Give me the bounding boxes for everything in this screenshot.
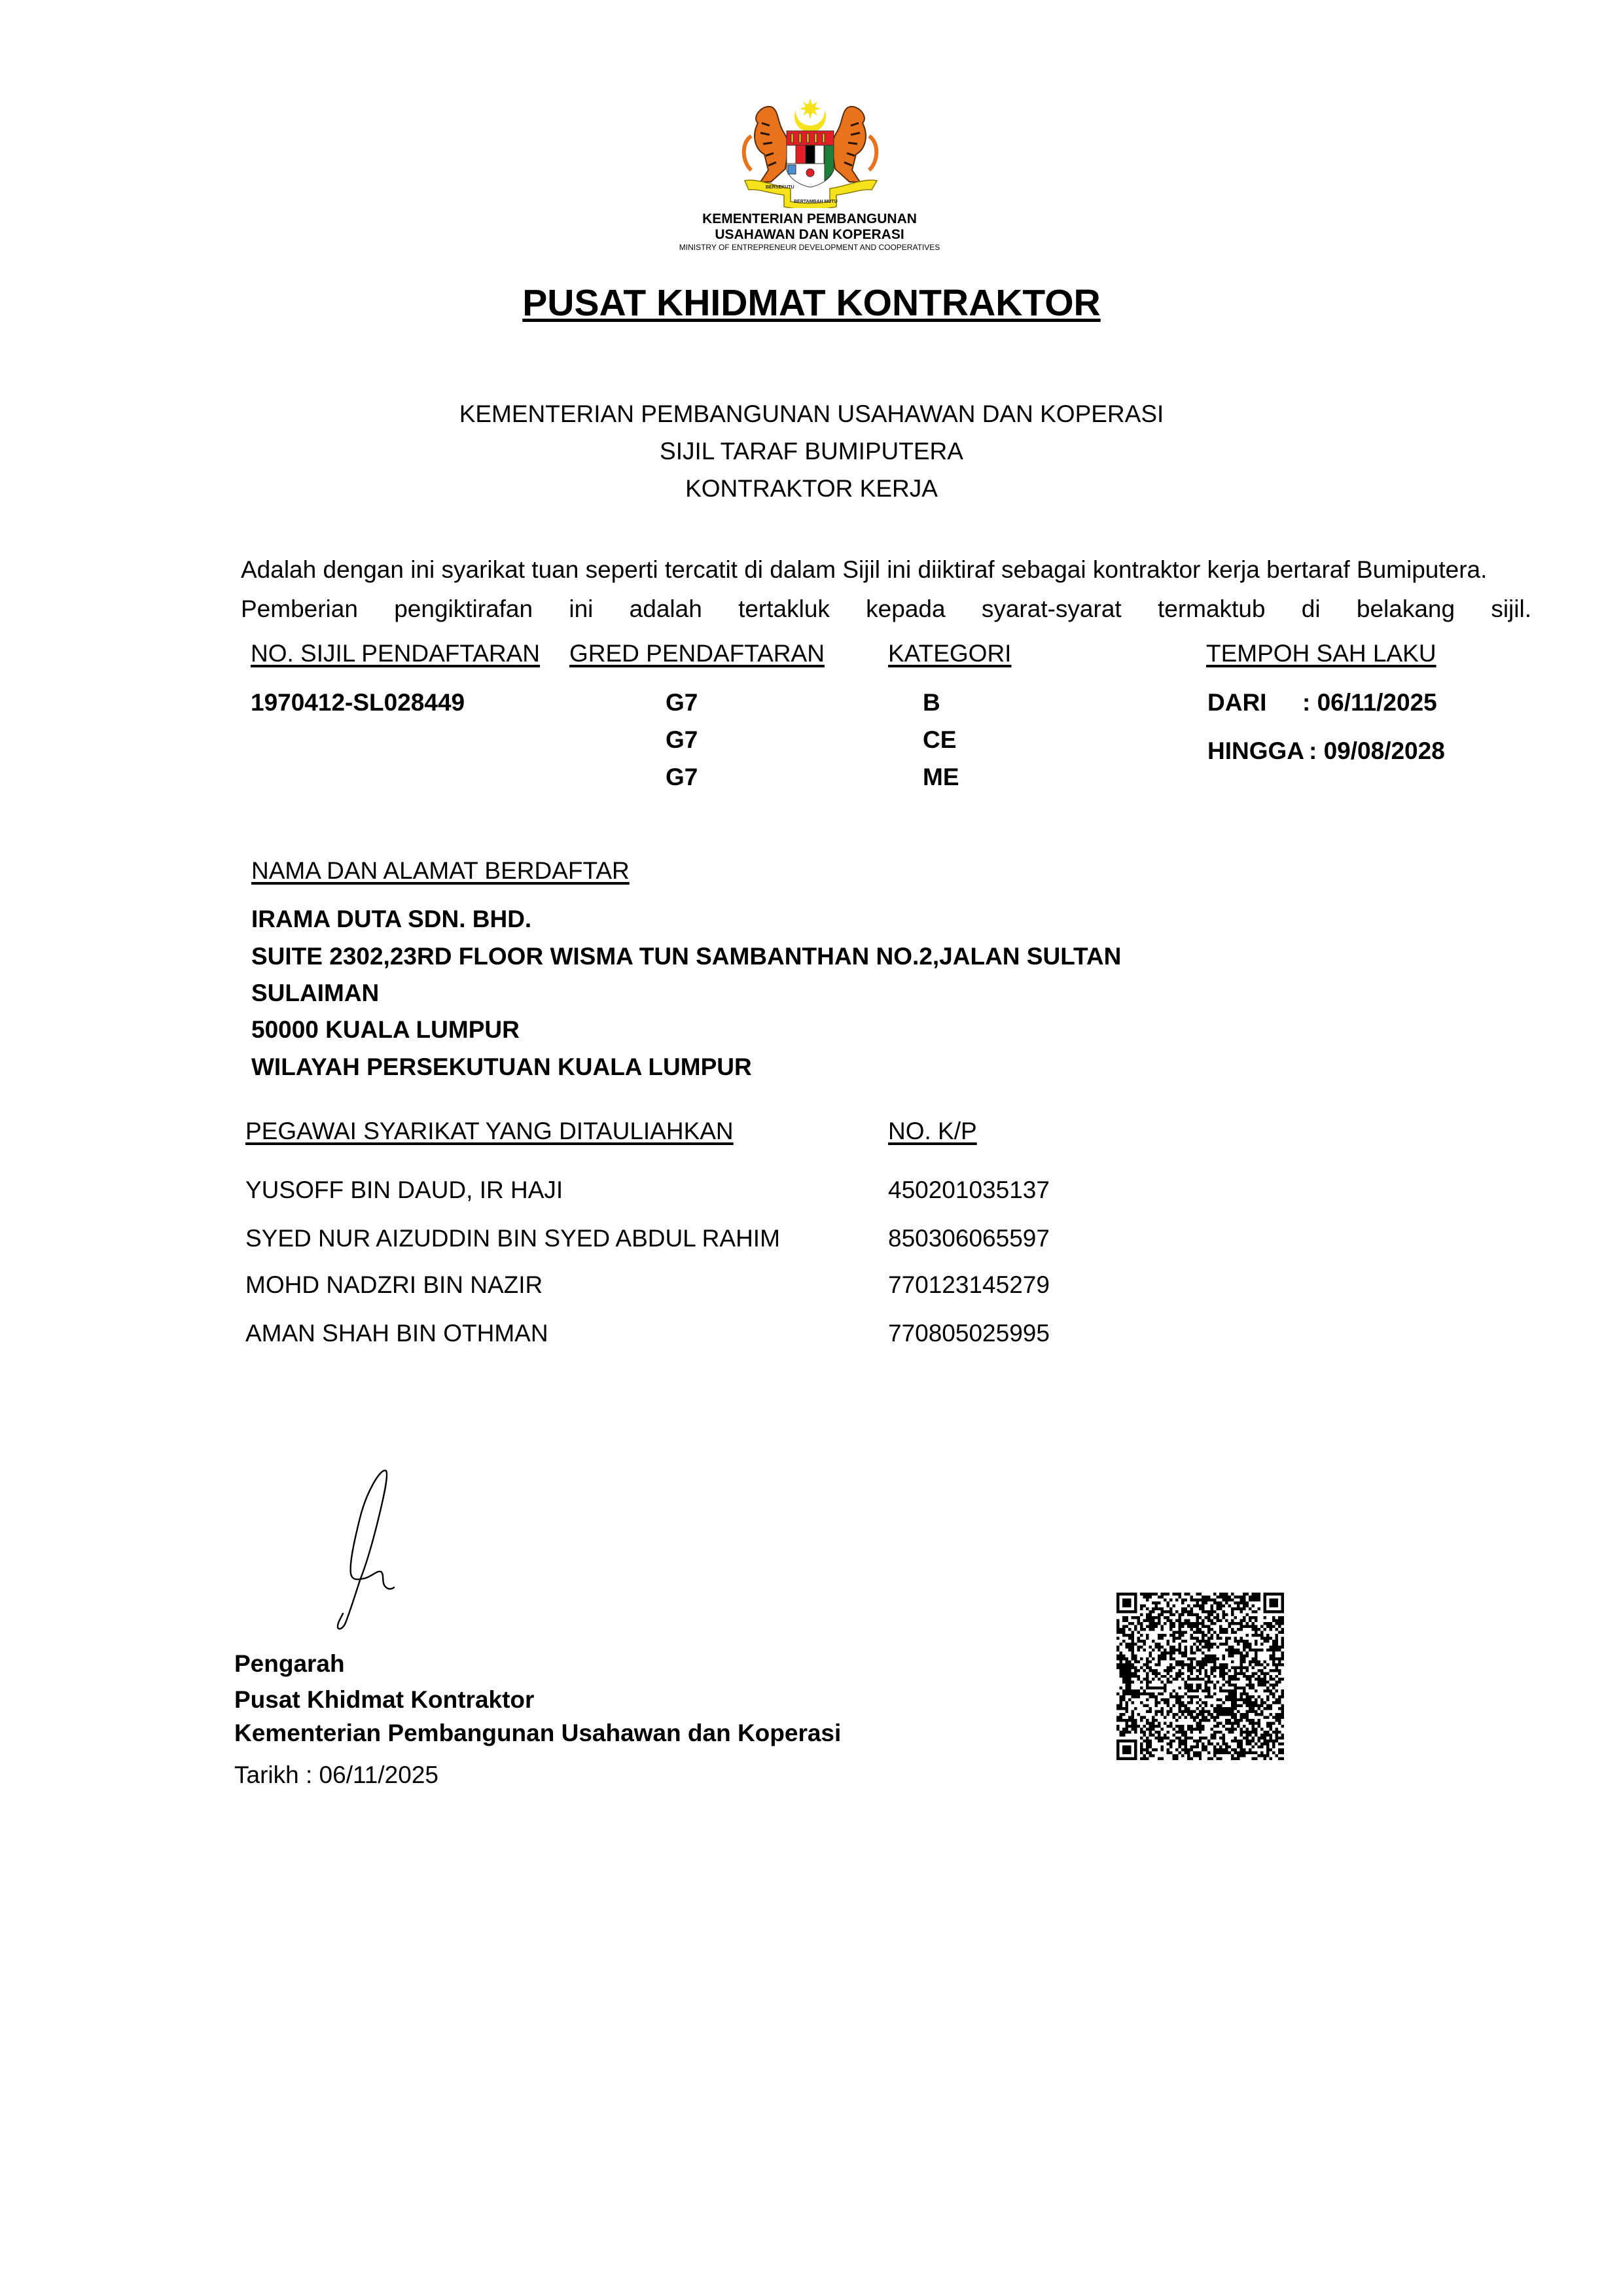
officer-name: AMAN SHAH BIN OTHMAN <box>245 1321 548 1345</box>
header-ic-number: NO. K/P <box>888 1119 977 1143</box>
issue-date: Tarikh : 06/11/2025 <box>234 1763 438 1787</box>
grade-1: G7 <box>666 690 698 715</box>
header-officers: PEGAWAI SYARIKAT YANG DITAULIAHKAN <box>245 1119 734 1143</box>
header-grade: GRED PENDAFTARAN <box>569 641 825 665</box>
address-line-1: SUITE 2302,23RD FLOOR WISMA TUN SAMBANTH… <box>251 944 1121 968</box>
signatory-department: Pusat Khidmat Kontraktor <box>234 1687 534 1712</box>
subtitle-certificate: SIJIL TARAF BUMIPUTERA <box>0 439 1623 463</box>
svg-text:BERSEKUTU: BERSEKUTU <box>766 185 794 190</box>
header-address: NAMA DAN ALAMAT BERDAFTAR <box>251 858 630 883</box>
header-cert-no: NO. SIJIL PENDAFTARAN <box>251 641 540 665</box>
officer-ic: 850306065597 <box>888 1226 1050 1250</box>
header-validity: TEMPOH SAH LAKU <box>1206 641 1436 665</box>
officer-ic: 770123145279 <box>888 1273 1050 1297</box>
statement-line-1: Adalah dengan ini syarikat tuan seperti … <box>241 557 1487 582</box>
officer-ic: 450201035137 <box>888 1178 1050 1202</box>
category-2: CE <box>923 728 956 752</box>
ministry-logo-english: MINISTRY OF ENTREPRENEUR DEVELOPMENT AND… <box>679 243 940 251</box>
grade-2: G7 <box>666 728 698 752</box>
svg-text:BERTAMBAH MUTU: BERTAMBAH MUTU <box>794 200 838 204</box>
officer-name: SYED NUR AIZUDDIN BIN SYED ABDUL RAHIM <box>245 1226 780 1250</box>
address-state: WILAYAH PERSEKUTUAN KUALA LUMPUR <box>251 1055 752 1079</box>
signatory-position: Pengarah <box>234 1651 345 1676</box>
cert-number: 1970412-SL028449 <box>251 690 465 715</box>
qr-code-icon[interactable] <box>1116 1593 1284 1760</box>
officer-name: YUSOFF BIN DAUD, IR HAJI <box>245 1178 563 1202</box>
malaysia-coat-of-arms-icon: BERSEKUTU BERTAMBAH MUTU <box>732 97 889 208</box>
validity-to-label: HINGGA <box>1207 739 1304 763</box>
signature-icon <box>321 1466 406 1636</box>
officer-name: MOHD NADZRI BIN NAZIR <box>245 1273 543 1297</box>
subtitle-ministry: KEMENTERIAN PEMBANGUNAN USAHAWAN DAN KOP… <box>0 402 1623 426</box>
company-name: IRAMA DUTA SDN. BHD. <box>251 907 531 931</box>
subtitle-contractor-type: KONTRAKTOR KERJA <box>0 476 1623 501</box>
page-title: PUSAT KHIDMAT KONTRAKTOR <box>0 285 1623 322</box>
validity-from-value: : 06/11/2025 <box>1302 690 1437 715</box>
address-line-2: SULAIMAN <box>251 981 379 1005</box>
statement-line-2: Pemberian pengiktirafan ini adalah terta… <box>241 597 1531 621</box>
category-1: B <box>923 690 940 715</box>
validity-from-label: DARI <box>1207 690 1266 715</box>
category-3: ME <box>923 765 959 789</box>
validity-to-value: : 09/08/2028 <box>1309 739 1445 763</box>
header-category: KATEGORI <box>888 641 1011 665</box>
officer-ic: 770805025995 <box>888 1321 1050 1345</box>
ministry-logo-line2: USAHAWAN DAN KOPERASI <box>679 228 940 241</box>
ministry-logo-line1: KEMENTERIAN PEMBANGUNAN <box>679 212 940 226</box>
address-postcode: 50000 KUALA LUMPUR <box>251 1017 520 1042</box>
grade-3: G7 <box>666 765 698 789</box>
signatory-ministry: Kementerian Pembangunan Usahawan dan Kop… <box>234 1721 841 1745</box>
